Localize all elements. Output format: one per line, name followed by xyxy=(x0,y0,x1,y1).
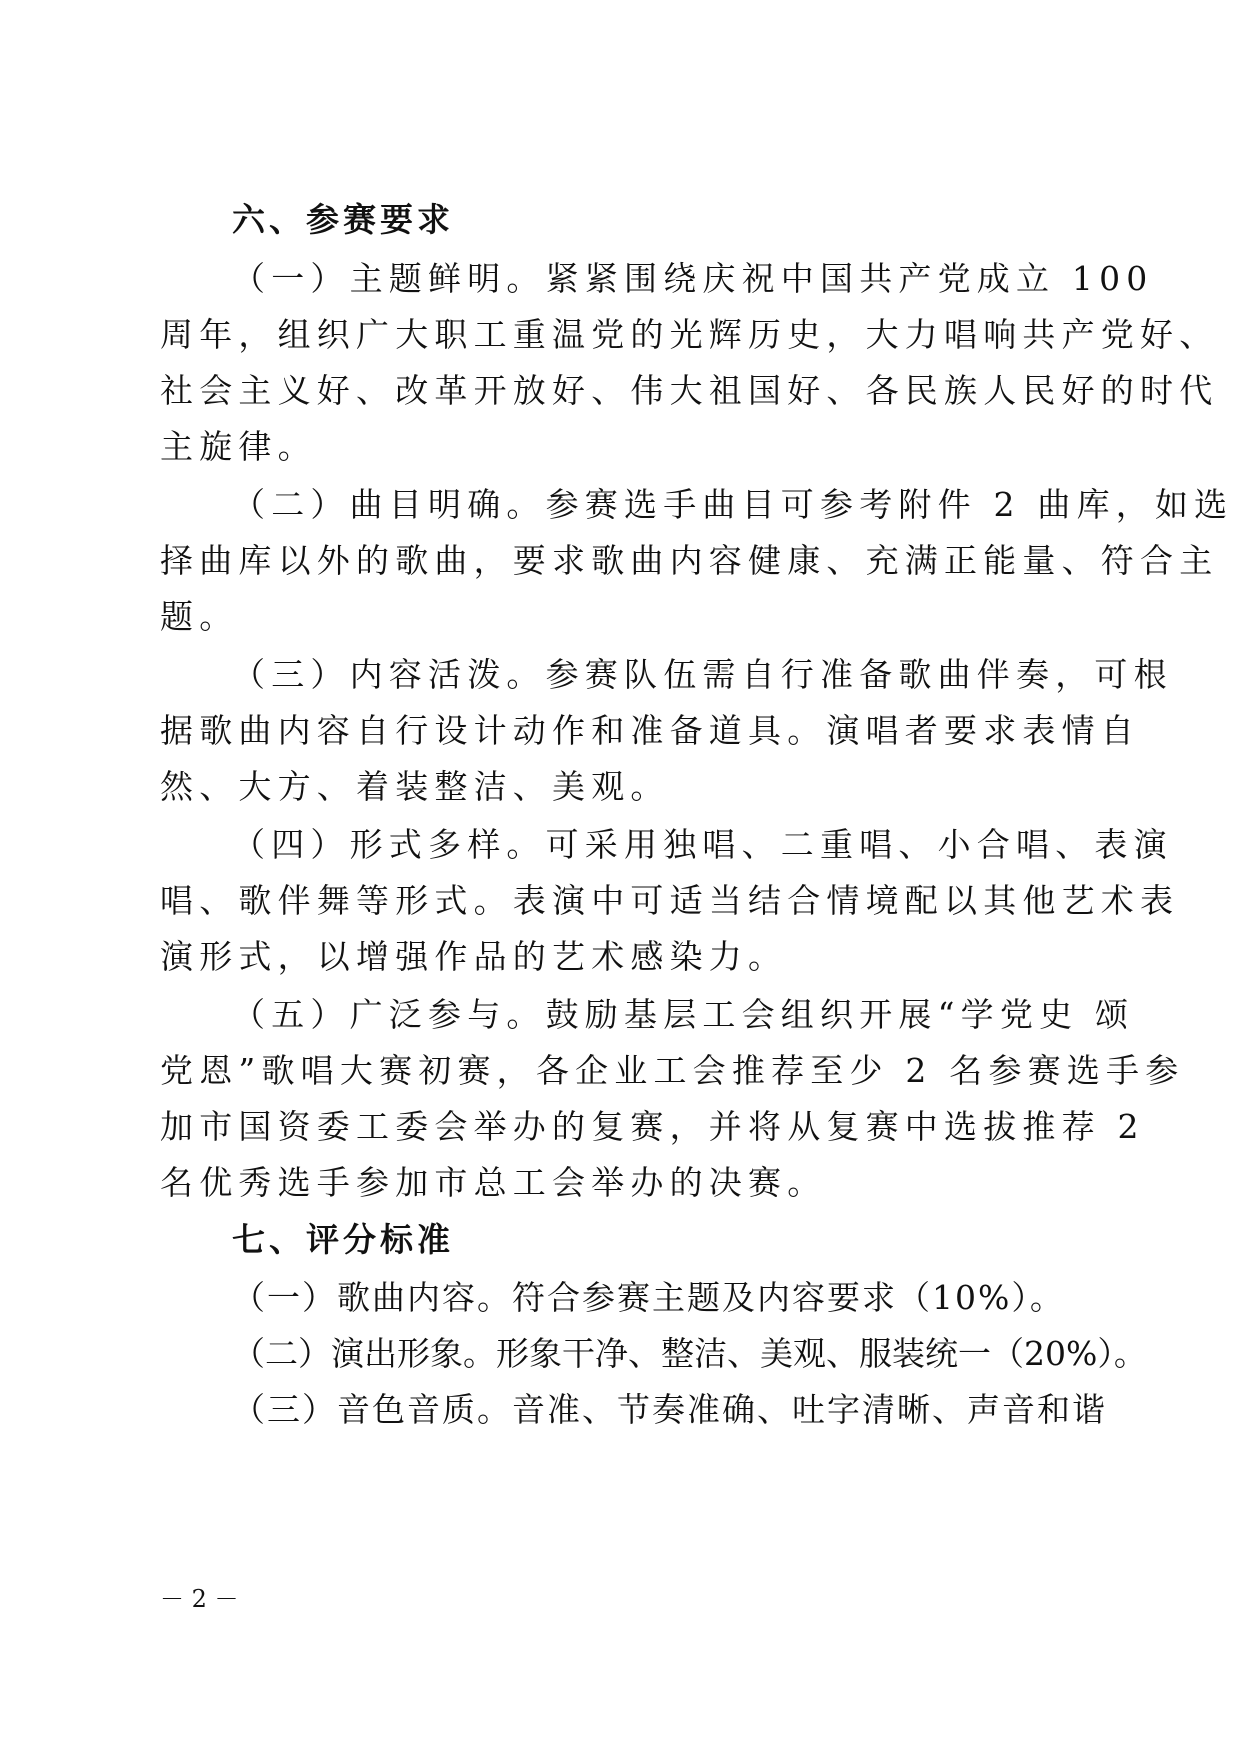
paragraph-forms-line-3: 演形式，以增强作品的艺术感染力。 xyxy=(160,937,1065,977)
paragraph-content-line-3: 然、大方、着装整洁、美观。 xyxy=(160,767,1065,807)
scoring-item-stage-image: （二）演出形象。形象干净、整洁、美观、服装统一（20%）。 xyxy=(232,1334,1065,1374)
paragraph-songs-line-2: 择曲库以外的歌曲，要求歌曲内容健康、充满正能量、符合主 xyxy=(160,541,1065,581)
paragraph-participation-line-3: 加市国资委工委会举办的复赛，并将从复赛中选拔推荐 2 xyxy=(160,1107,1065,1147)
paragraph-songs-line-3: 题。 xyxy=(160,597,1065,637)
paragraph-forms-line-1: （四）形式多样。可采用独唱、二重唱、小合唱、表演 xyxy=(232,825,1065,865)
document-page: 六、参赛要求 （一）主题鲜明。紧紧围绕庆祝中国共产党成立 100 周年，组织广大… xyxy=(0,0,1241,1755)
scoring-item-voice-quality: （三）音色音质。音准、节奏准确、吐字清晰、声音和谐 xyxy=(232,1390,1065,1430)
paragraph-theme-line-3: 社会主义好、改革开放好、伟大祖国好、各民族人民好的时代 xyxy=(160,371,1065,411)
paragraph-content-line-2: 据歌曲内容自行设计动作和准备道具。演唱者要求表情自 xyxy=(160,711,1065,751)
page-number: － 2 － xyxy=(160,1584,239,1614)
section-heading-requirements: 六、参赛要求 xyxy=(232,200,454,240)
paragraph-theme-line-2: 周年，组织广大职工重温党的光辉历史，大力唱响共产党好、 xyxy=(160,315,1065,355)
paragraph-content-line-1: （三）内容活泼。参赛队伍需自行准备歌曲伴奏，可根 xyxy=(232,655,1065,695)
paragraph-theme-line-4: 主旋律。 xyxy=(160,427,1065,467)
paragraph-participation-line-4: 名优秀选手参加市总工会举办的决赛。 xyxy=(160,1163,1065,1203)
paragraph-participation-line-2: 党恩”歌唱大赛初赛，各企业工会推荐至少 2 名参赛选手参 xyxy=(160,1051,1065,1091)
paragraph-theme-line-1: （一）主题鲜明。紧紧围绕庆祝中国共产党成立 100 xyxy=(232,259,1065,299)
section-heading-scoring: 七、评分标准 xyxy=(232,1220,454,1260)
scoring-item-song-content: （一）歌曲内容。符合参赛主题及内容要求（10%）。 xyxy=(232,1278,1065,1318)
paragraph-songs-line-1: （二）曲目明确。参赛选手曲目可参考附件 2 曲库，如选 xyxy=(232,485,1065,525)
paragraph-forms-line-2: 唱、歌伴舞等形式。表演中可适当结合情境配以其他艺术表 xyxy=(160,881,1065,921)
paragraph-participation-line-1: （五）广泛参与。鼓励基层工会组织开展“学党史 颂 xyxy=(232,995,1065,1035)
